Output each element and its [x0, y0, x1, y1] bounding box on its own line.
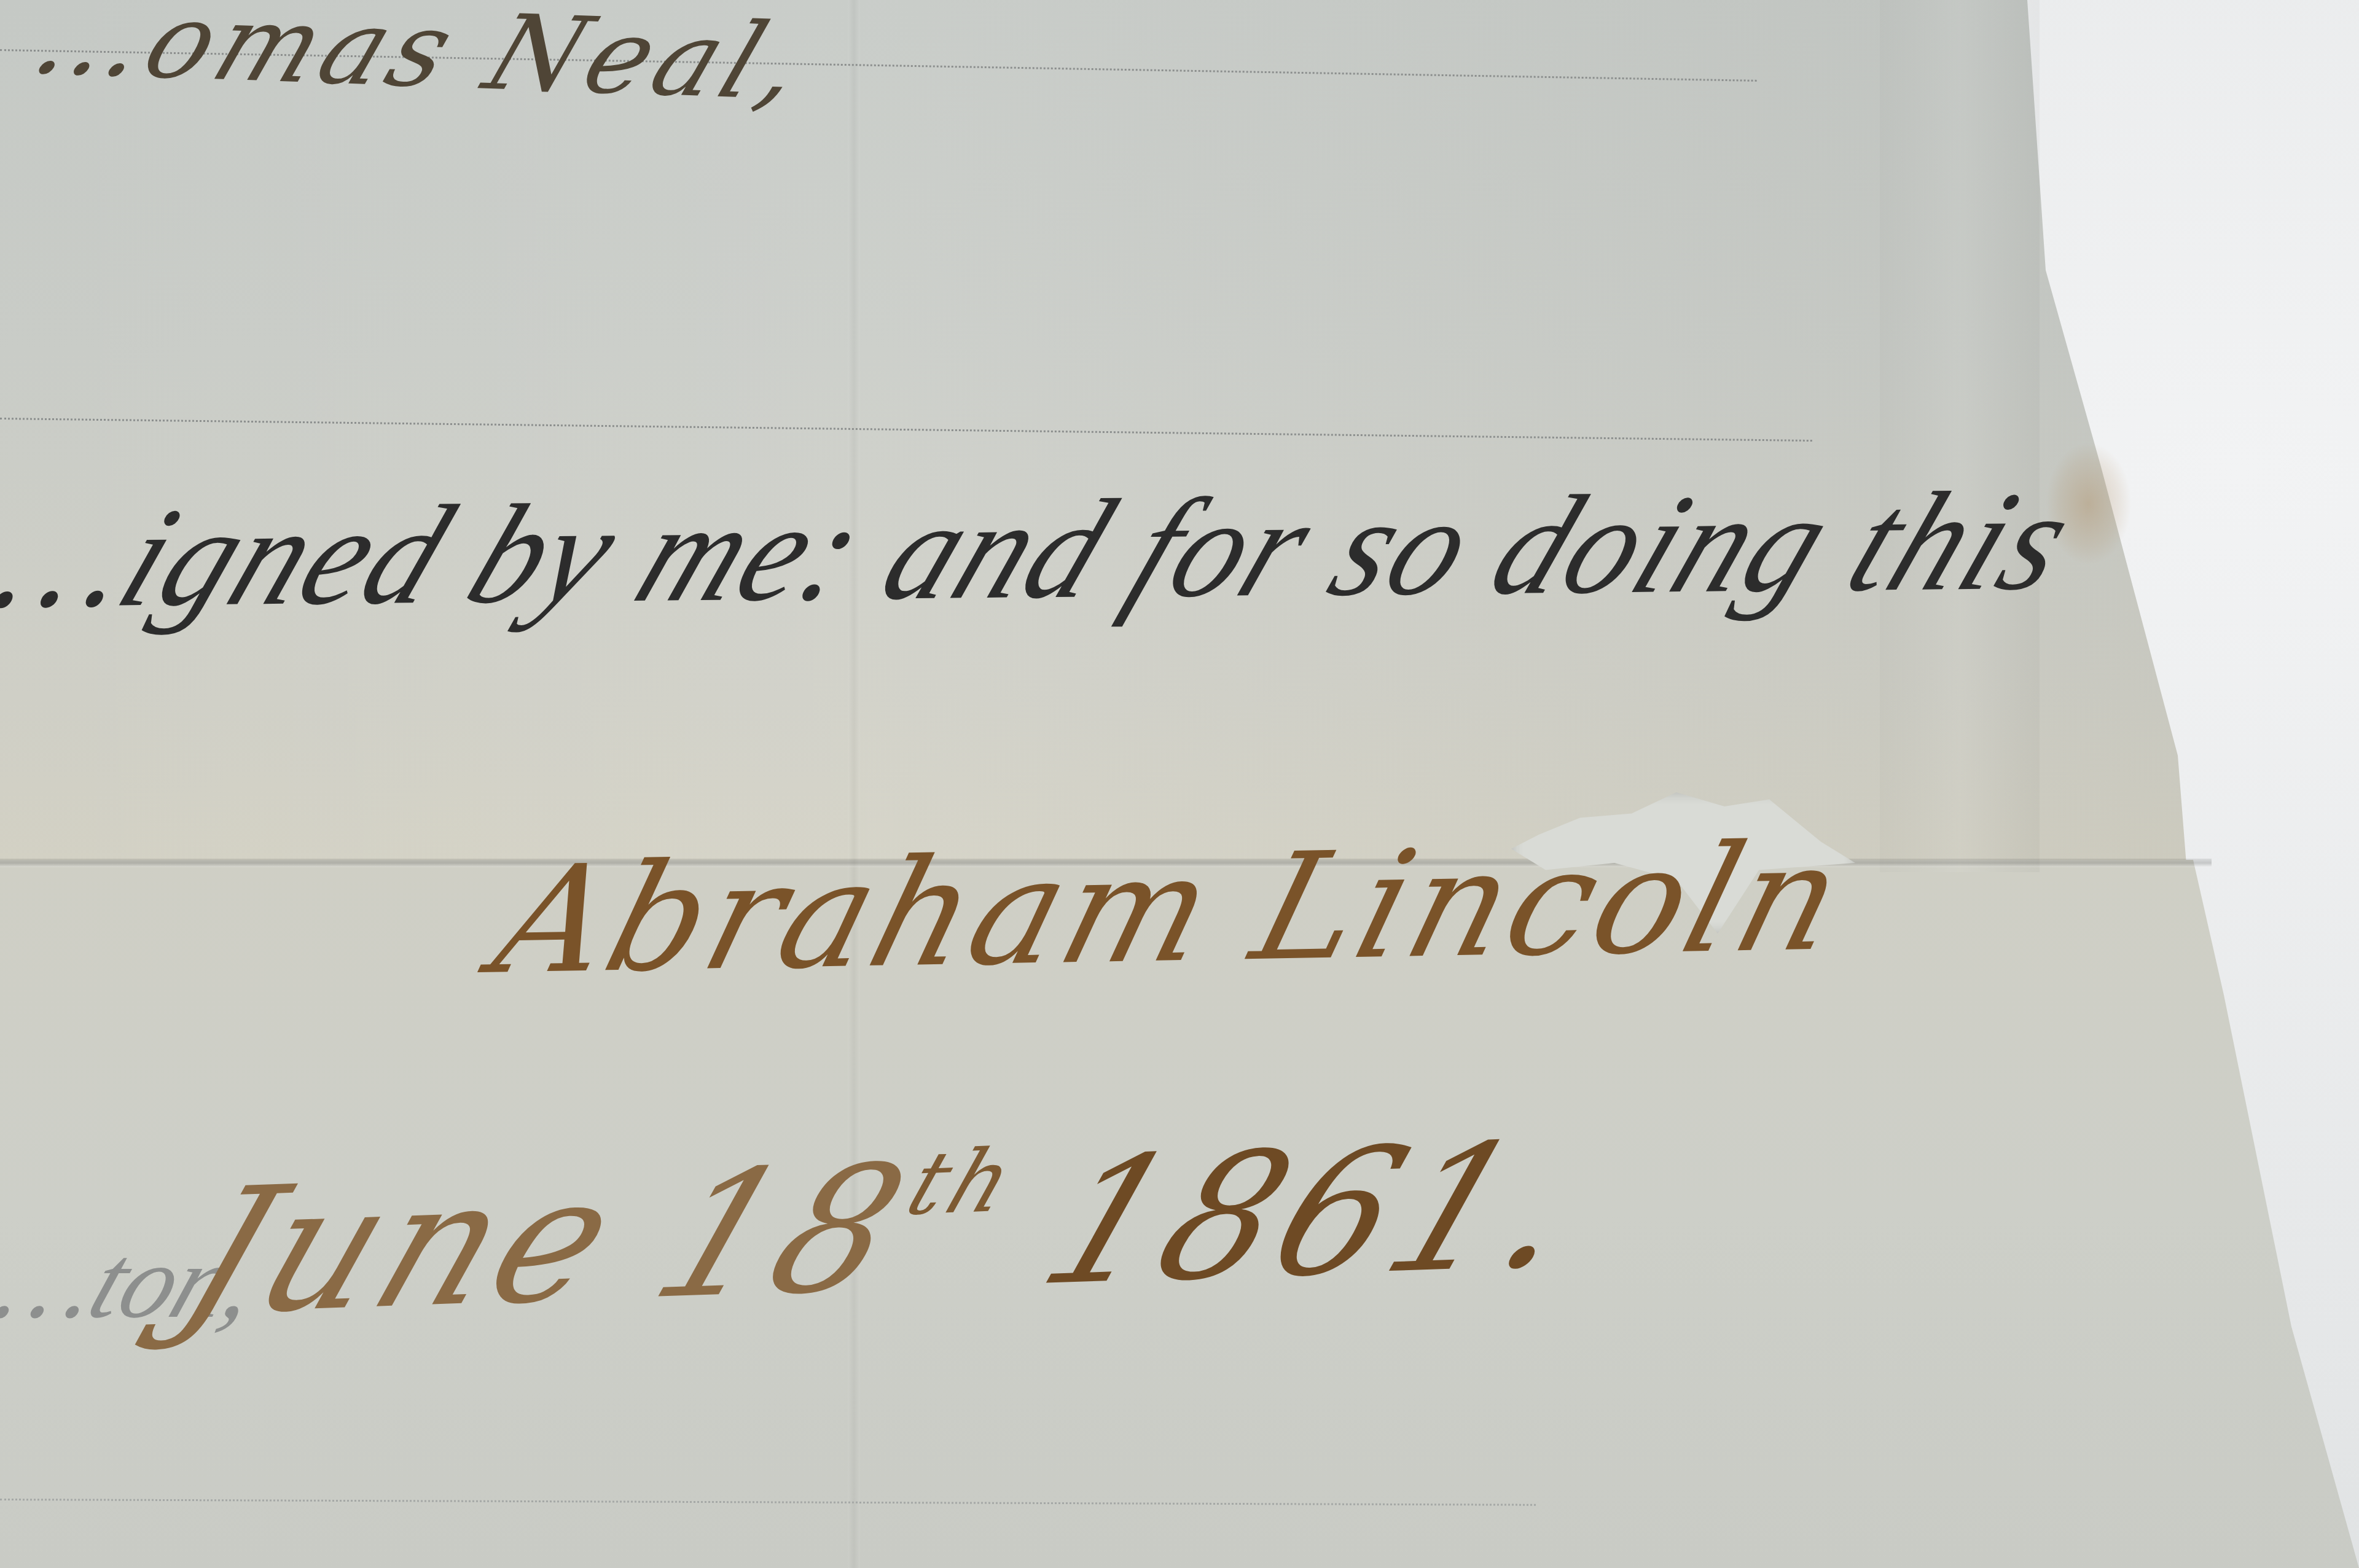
document-upper-panel — [0, 0, 2187, 872]
engraved-text-line: …igned by me: and for so doing this — [0, 459, 2097, 641]
paper-fold-vertical — [848, 0, 860, 1568]
lincoln-signature: Abraham Lincoln — [479, 811, 1863, 1007]
date-month: June — [160, 1137, 645, 1355]
document-sheet: …omas Neal, …igned by me: and for so doi… — [0, 0, 2359, 1568]
paper-fold-right — [1880, 0, 2040, 872]
date-year: 1861. — [1019, 1104, 1610, 1325]
date-day: 18 — [631, 1128, 933, 1338]
